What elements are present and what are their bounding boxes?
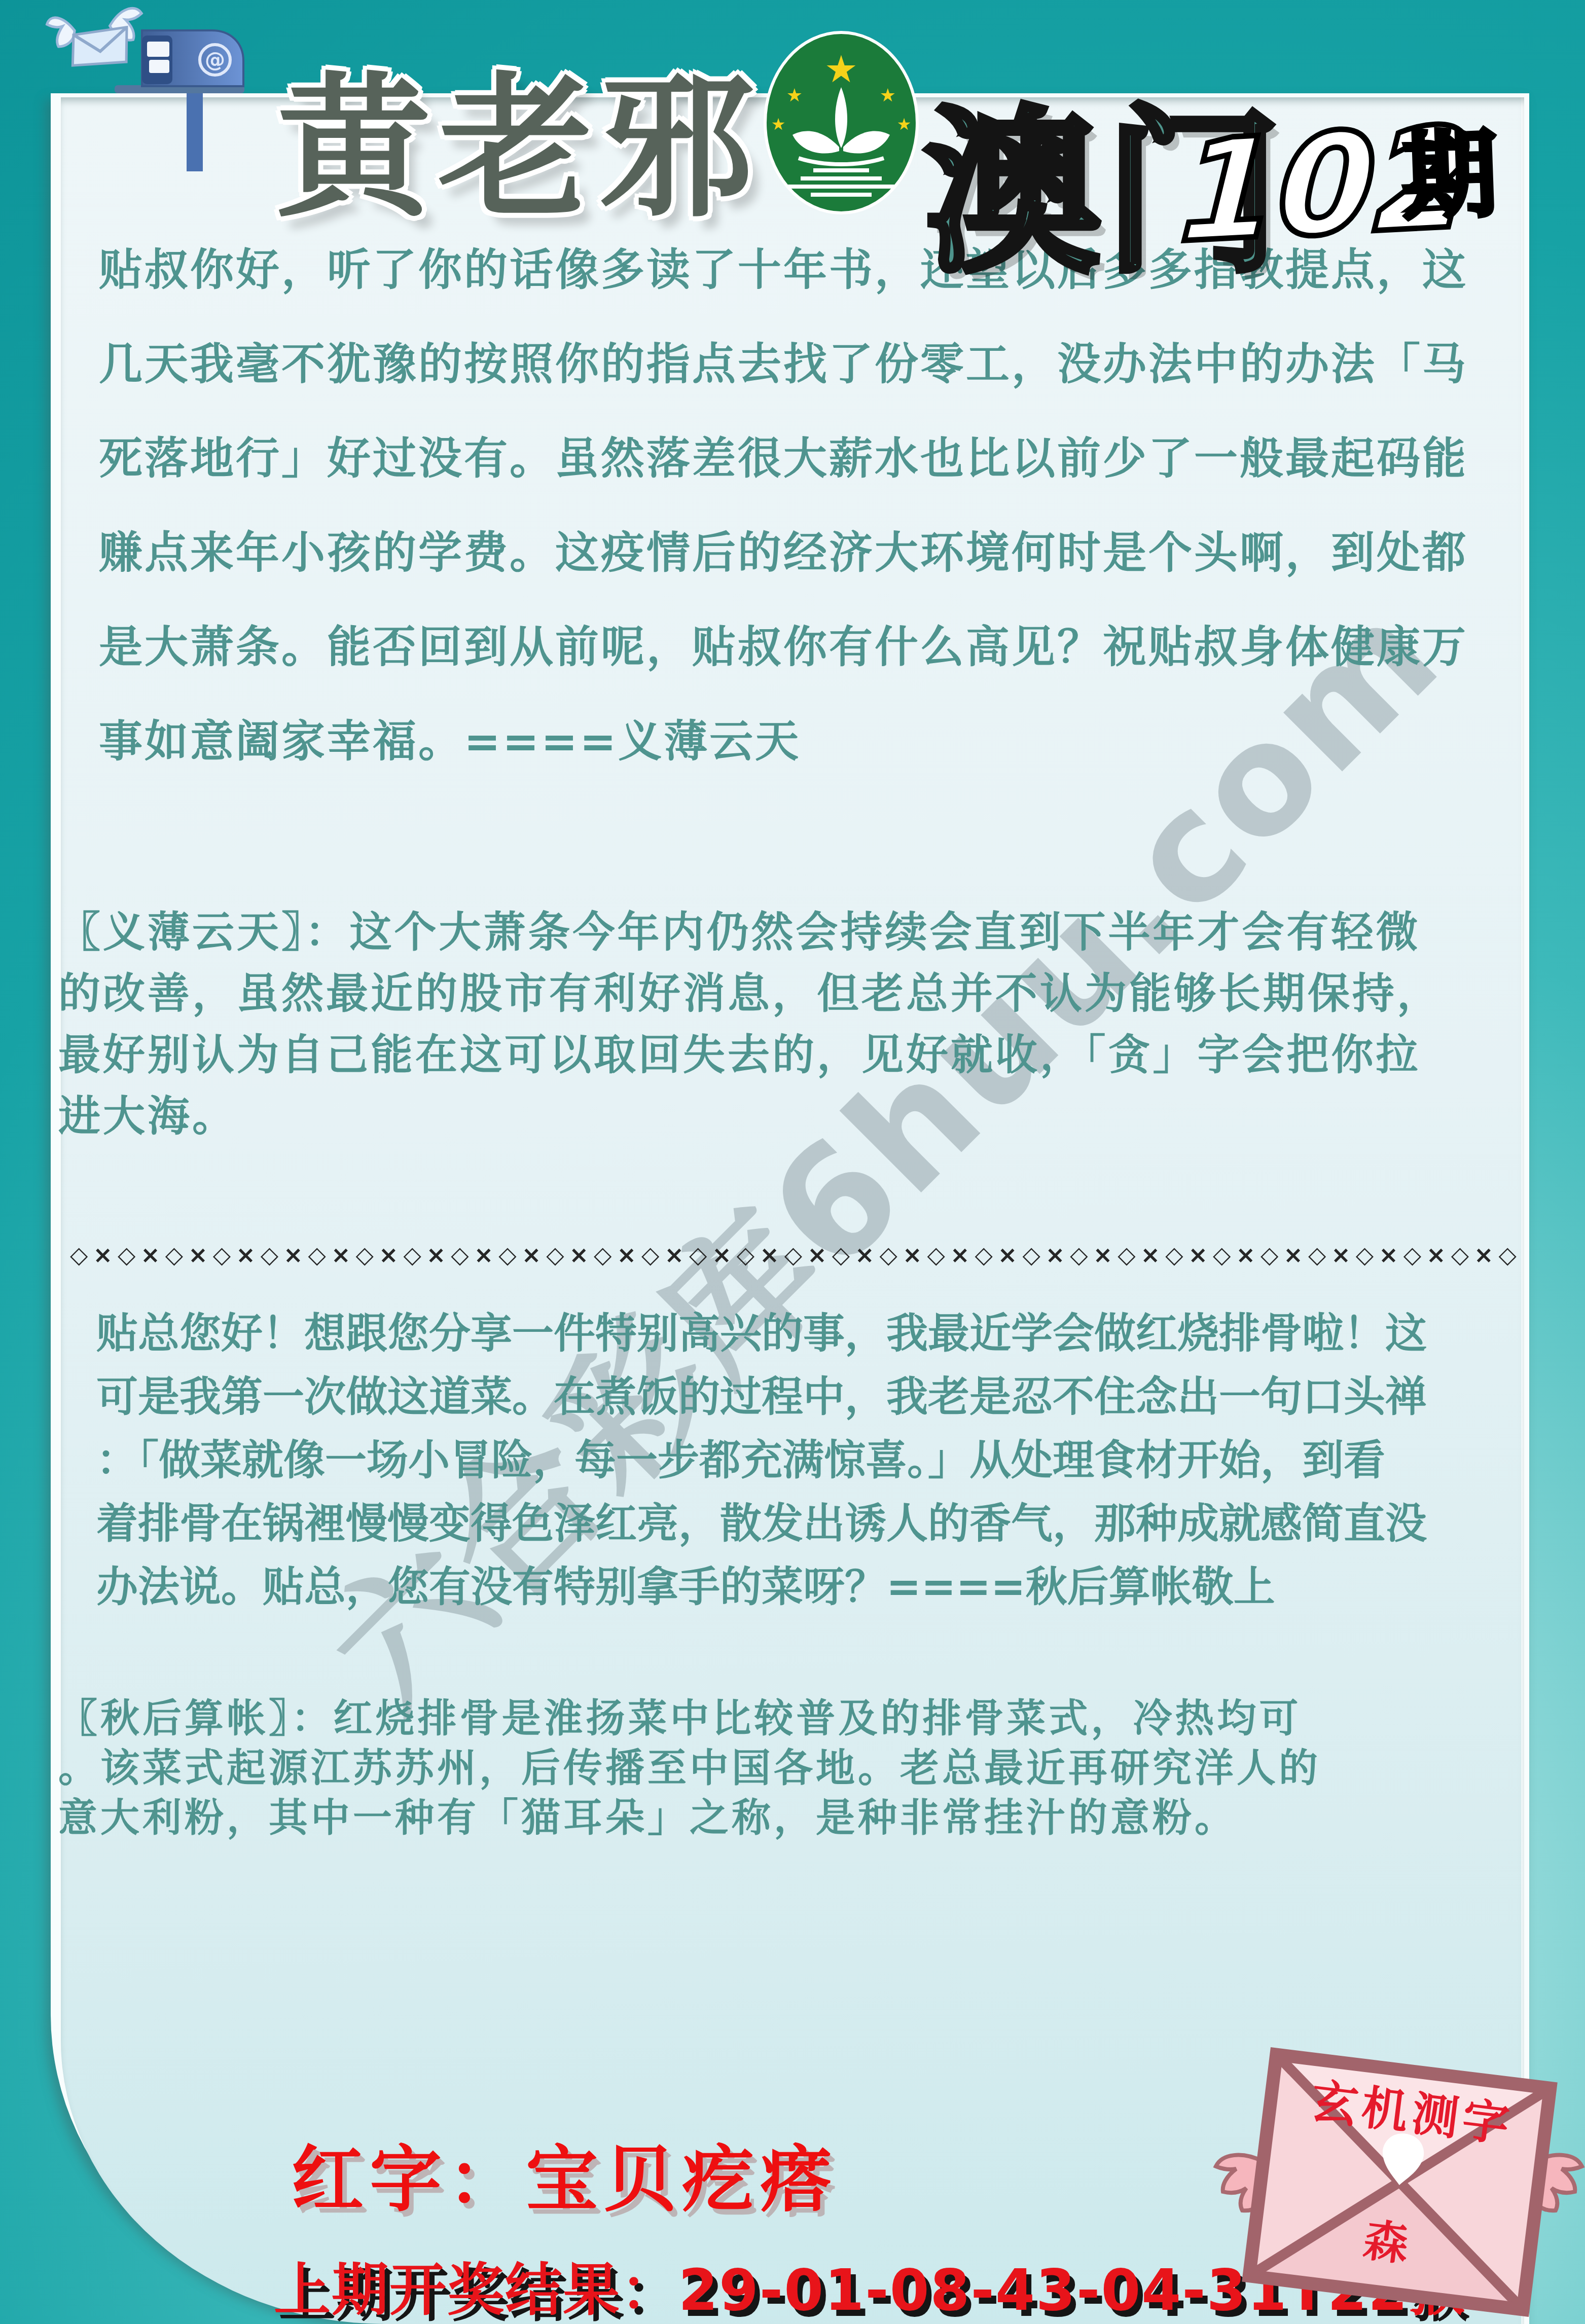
star-icon: ★: [824, 48, 858, 91]
masthead-title: 黄老邪: [276, 24, 762, 246]
mailbox-icon: @: [111, 28, 253, 180]
svg-text:@: @: [205, 49, 225, 72]
star-icon: ★: [897, 115, 912, 134]
reply-yibaoyuntian: 〖义薄云天〗：这个大萧条今年内仍然会持续会直到下半年才会有轻微 的改善，虽然最近…: [58, 901, 1442, 1147]
star-icon: ★: [786, 85, 803, 106]
red-word-hint: 红字：宝贝疙瘩: [292, 2122, 838, 2225]
star-icon: ★: [771, 115, 786, 134]
star-icon: ★: [880, 85, 896, 106]
macau-lotus-logo: ★ ★ ★ ★ ★: [763, 30, 919, 215]
stitch-divider: ◇×◇×◇×◇×◇×◇×◇×◇×◇×◇×◇×◇×◇×◇×◇×◇×◇×◇×◇×◇×…: [70, 1241, 1520, 1268]
mailbox-pole: [187, 89, 203, 171]
reader-letter-2: 贴总您好！想跟您分享一件特别高兴的事，我最近学会做红烧排骨啦！这 可是我第一次做…: [96, 1302, 1427, 1619]
last-draw-label: 上期开奖结果：: [274, 2258, 678, 2323]
reader-letter-1: 贴叔你好，听了你的话像多读了十年书，还望以后多多指教提点，这 几天我毫不犹豫的按…: [99, 223, 1468, 789]
reply-qiuhousuanzhang: 〖秋后算帐〗：红烧排骨是淮扬菜中比较普及的排骨菜式，冷热均可 。该菜式起源江苏苏…: [58, 1694, 1321, 1843]
envelope-body: 玄机测字 森: [1249, 2055, 1551, 2310]
envelope-seal: 森: [1361, 2214, 1412, 2271]
mystery-envelope: 玄机测字 森: [1207, 2052, 1585, 2316]
issue-label: 期: [1400, 99, 1499, 237]
lottery-tips-poster: { "header": { "masthead": "黄老邪", "region…: [0, 0, 1585, 2324]
